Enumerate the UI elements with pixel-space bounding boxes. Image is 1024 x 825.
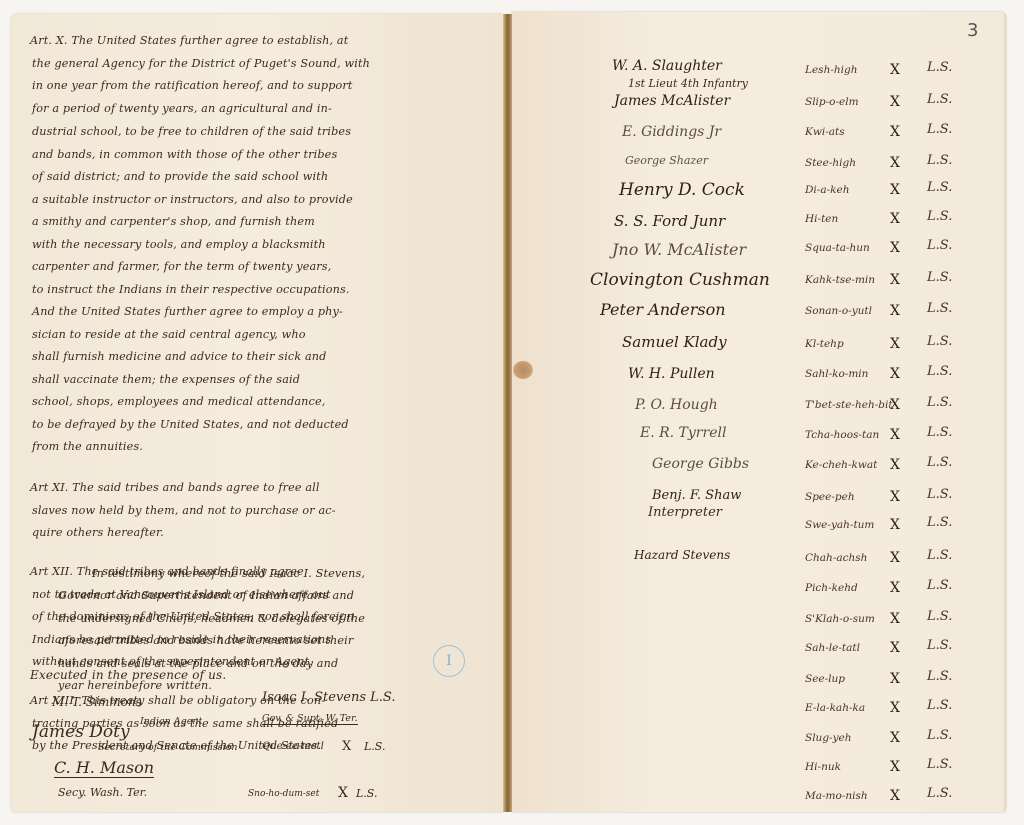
mark-x: X [890, 397, 900, 413]
signatory-name: Di-a-keh [805, 184, 849, 196]
testimony-line: In testimony whereof the said Isaac I. S… [92, 567, 365, 580]
witness-name: Henry D. Cock [619, 180, 745, 200]
treaty-text-line: with the necessary tools, and employ a b… [32, 238, 326, 251]
seal-ls: L.S. [927, 209, 952, 224]
witness-name: C. H. Mason [54, 758, 154, 778]
treaty-text-line: the general Agency for the District of P… [32, 57, 370, 70]
mark-x: X [890, 457, 900, 473]
seal-ls: L.S. [927, 455, 952, 470]
signatory-name: Squa-ta-hun [805, 242, 870, 254]
signatory-name: Tcha-hoos-tan [805, 429, 879, 441]
signatory-name: Lesh-high [805, 64, 858, 76]
seal-ls: L.S. [927, 548, 952, 563]
witness-name: Jno W. McAlister [612, 240, 746, 259]
seal-ls: L.S. [927, 669, 952, 684]
testimony-line: aforesaid tribes and bands have hereunto… [58, 634, 353, 647]
mark-x: X [890, 671, 900, 687]
seal-ls: L.S. [927, 180, 952, 195]
seal-ls: L.S. [364, 740, 385, 753]
witness-title: 1st Lieut 4th Infantry [628, 77, 748, 90]
article-heading-line: Art XI. The said tribes and bands agree … [30, 481, 320, 494]
treaty-text-line: shall furnish medicine and advice to the… [32, 350, 326, 363]
seal-ls: L.S. [927, 515, 952, 530]
seal-ls: L.S. [927, 609, 952, 624]
signatory-name: Ke-cheh-kwat [805, 459, 877, 471]
seal-ls: L.S. [927, 60, 952, 75]
seal-ls: L.S. [927, 786, 952, 801]
testimony-line: Governor and Superintendent of Indian af… [58, 589, 354, 602]
mark-x: X [890, 611, 900, 627]
signatory-name: Sah-le-tatl [805, 642, 860, 654]
witness-name: Peter Anderson [600, 300, 726, 319]
treaty-text-line: a smithy and carpenter's shop, and furni… [32, 215, 315, 228]
witness-name: Hazard Stevens [634, 548, 730, 562]
signatory-name: S'Klah-o-sum [805, 613, 875, 625]
signatory-name: Kl-tehp [805, 338, 844, 350]
mark-x: X [890, 62, 900, 78]
witness-name: W. H. Pullen [628, 366, 715, 382]
book-spine [503, 14, 512, 812]
mark-x: X [890, 788, 900, 804]
seal-ls: L.S. [356, 787, 377, 800]
treaty-text-line: dustrial school, to be free to children … [32, 125, 351, 138]
mark-x: X [890, 124, 900, 140]
testimony-line: the undersigned Chiefs, headmen & delega… [58, 612, 365, 625]
seal-ls: L.S. [927, 728, 952, 743]
witness-title: Secy. Wash. Ter. [58, 786, 147, 799]
mark-x: X [890, 427, 900, 443]
mark-x: X [890, 182, 900, 198]
treaty-text-line: sician to reside at the said central age… [32, 328, 306, 341]
signatory-name: Kwi-ats [805, 126, 845, 138]
treaty-text-line: of said district; and to provide the sai… [32, 170, 328, 183]
witness-name: E. R. Tyrrell [640, 425, 726, 441]
treaty-text-line: a suitable instructor or instructors, an… [32, 193, 353, 206]
seal-ls: L.S. [927, 334, 952, 349]
seal-ls: L.S. [927, 638, 952, 653]
signatory-name: T'bet-ste-heh-bit [805, 399, 893, 411]
principal-signer: Isaac I. Stevens L.S. [262, 690, 396, 705]
mark-x: X [890, 155, 900, 171]
seal-ls: L.S. [927, 578, 952, 593]
treaty-text-line: in one year from the ratification hereof… [32, 79, 353, 92]
witness-title: Indian Agent [140, 716, 202, 727]
witness-name: Benj. F. Shaw [652, 488, 741, 503]
mark-x: X [890, 272, 900, 288]
treaty-text-line: for a period of twenty years, an agricul… [32, 102, 332, 115]
witness-name: M. T. Simmons [52, 695, 142, 709]
signer-name: Sno-ho-dum-set [248, 789, 319, 799]
mark-x: X [342, 739, 351, 754]
seal-ls: L.S. [927, 698, 952, 713]
seal-ls: L.S. [927, 301, 952, 316]
witness-name: George Gibbs [652, 456, 749, 472]
seal-ls: L.S. [927, 122, 952, 137]
seal-ls: L.S. [927, 425, 952, 440]
signatory-name: Stee-high [805, 157, 856, 169]
witness-name: W. A. Slaughter [612, 58, 722, 74]
mark-x: X [890, 211, 900, 227]
seal-ls: L.S. [927, 757, 952, 772]
page-number: 3 [967, 20, 978, 41]
seal-ls: L.S. [927, 270, 952, 285]
treaty-text-line: quire others hereafter. [32, 526, 164, 539]
mark-x: X [890, 517, 900, 533]
signatory-name: Chah-achsh [805, 552, 867, 564]
treaty-text-line: from the annuities. [32, 440, 143, 453]
mark-x: X [890, 303, 900, 319]
executed-line: Executed in the presence of us. [30, 668, 226, 682]
signatory-name: E-la-kah-ka [805, 702, 865, 714]
signatory-name: Sahl-ko-min [805, 368, 868, 380]
signatory-name: Hi-nuk [805, 761, 841, 773]
mark-x: X [890, 336, 900, 352]
witness-name: George Shazer [625, 154, 708, 167]
witness-name: P. O. Hough [635, 397, 718, 413]
signatory-name: Spee-peh [805, 491, 855, 503]
mark-x: X [890, 550, 900, 566]
witness-name: E. Giddings Jr [622, 124, 721, 140]
seal-ls: L.S. [927, 487, 952, 502]
signatory-name: Slip-o-elm [805, 96, 859, 108]
witness-name: Samuel Klady [622, 333, 727, 351]
mark-x: X [890, 489, 900, 505]
mark-x: X [890, 240, 900, 256]
witness-name: Clovington Cushman [590, 270, 770, 290]
treaty-text-line: and bands, in common with those of the o… [32, 148, 337, 161]
seal-ls: L.S. [927, 364, 952, 379]
witness-title: Secretary of the Commission [98, 742, 238, 753]
mark-x: X [890, 580, 900, 596]
treaty-text-line: to be defrayed by the United States, and… [32, 418, 349, 431]
signatory-name: Kahk-tse-min [805, 274, 875, 286]
mark-x: X [890, 640, 900, 656]
treaty-text-line: to instruct the Indians in their respect… [32, 283, 350, 296]
witness-title: Interpreter [648, 505, 722, 520]
treaty-text-line: And the United States further agree to e… [32, 305, 343, 318]
article-heading-line: Art. X. The United States further agree … [30, 34, 348, 47]
signatory-name: Hi-ten [805, 213, 838, 225]
witness-name: James Doty [32, 722, 130, 742]
principal-title: Gov. & Supt. W. Ter. [262, 713, 358, 725]
mark-x: X [890, 94, 900, 110]
signatory-name: Ma-mo-nish [805, 790, 868, 802]
treaty-text-line: carpenter and farmer, for the term of tw… [32, 260, 331, 273]
archive-stamp-icon: I [433, 645, 465, 677]
signer-name: Que-ee-metl [262, 741, 324, 752]
treaty-text-line: school, shops, employees and medical att… [32, 395, 325, 408]
seal-ls: L.S. [927, 153, 952, 168]
mark-x: X [338, 785, 348, 801]
mark-x: X [890, 700, 900, 716]
seal-ls: L.S. [927, 92, 952, 107]
mark-x: X [890, 730, 900, 746]
seal-ls: L.S. [927, 395, 952, 410]
ink-stain [513, 361, 533, 379]
mark-x: X [890, 759, 900, 775]
signatory-name: Slug-yeh [805, 732, 852, 744]
treaty-text-line: shall vaccinate them; the expenses of th… [32, 373, 300, 386]
signatory-name: See-lup [805, 673, 845, 685]
signatory-name: Sonan-o-yutl [805, 305, 872, 317]
signatory-name: Swe-yah-tum [805, 519, 874, 531]
treaty-text-line: slaves now held by them, and not to purc… [32, 504, 336, 517]
witness-name: S. S. Ford Junr [614, 212, 725, 230]
signatory-name: Pich-kehd [805, 582, 858, 594]
mark-x: X [890, 366, 900, 382]
witness-name: James McAlister [614, 93, 730, 109]
seal-ls: L.S. [927, 238, 952, 253]
